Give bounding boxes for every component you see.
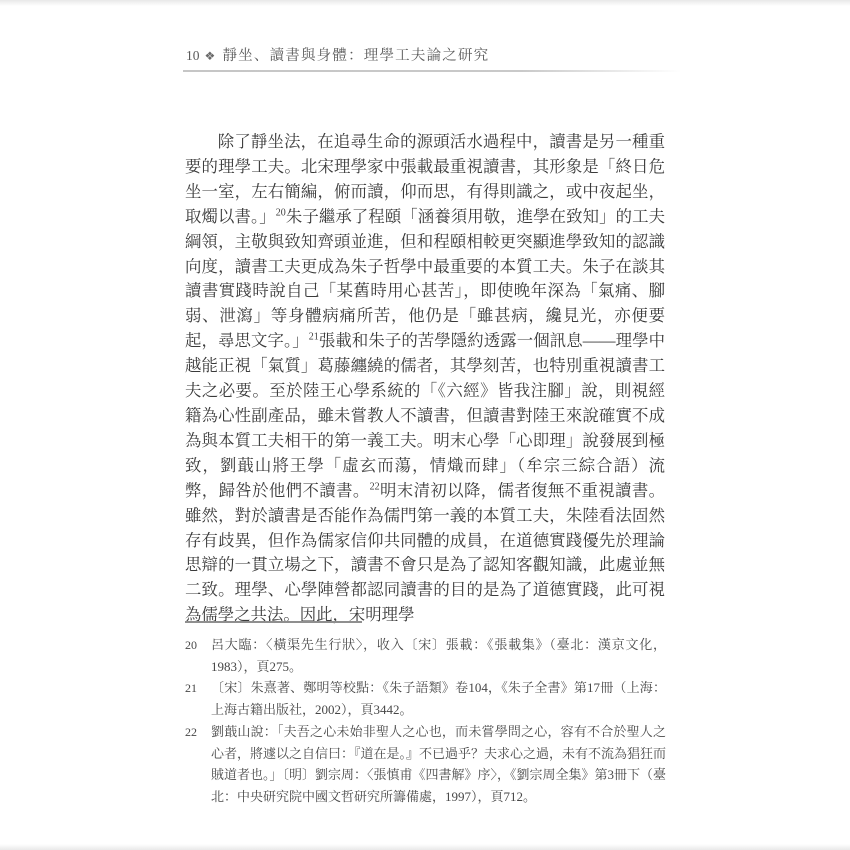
scan-edge-top <box>0 0 850 6</box>
footnote-ref: 21 <box>309 332 319 343</box>
footnotes: 20呂大臨：〈橫渠先生行狀〉，收入〔宋〕張載：《張載集》（臺北：漢京文化，198… <box>185 634 666 808</box>
footnote-separator <box>185 621 362 623</box>
footnote-ref: 20 <box>276 207 286 218</box>
footnote-text: 劉蕺山說：「夫吾之心未始非聖人之心也，而未嘗學問之心，容有不合於聖人之心者，將遽… <box>211 721 666 808</box>
header-divider <box>183 70 681 72</box>
footnote-item: 21〔宋〕朱熹著、鄭明等校點：《朱子語類》卷104，《朱子全書》第17冊（上海：… <box>185 677 666 720</box>
footnote-ref: 22 <box>370 481 380 492</box>
diamond-ornament-icon: ❖ <box>205 49 217 64</box>
footnote-item: 22劉蕺山說：「夫吾之心未始非聖人之心也，而未嘗學問之心，容有不合於聖人之心者，… <box>185 721 666 808</box>
footnote-number: 21 <box>185 677 211 720</box>
footnote-number: 22 <box>185 721 211 808</box>
footnote-item: 20呂大臨：〈橫渠先生行狀〉，收入〔宋〕張載：《張載集》（臺北：漢京文化，198… <box>185 634 666 677</box>
footnote-number: 20 <box>185 634 211 677</box>
page-number: 10 <box>186 48 200 64</box>
footnote-text: 呂大臨：〈橫渠先生行狀〉，收入〔宋〕張載：《張載集》（臺北：漢京文化，1983）… <box>211 634 666 677</box>
body-paragraph: 除了靜坐法，在追尋生命的源頭活水過程中，讀書是另一種重要的理學工夫。北宋理學家中… <box>185 130 665 628</box>
scan-edge-bottom <box>0 844 850 850</box>
body-text-block: 除了靜坐法，在追尋生命的源頭活水過程中，讀書是另一種重要的理學工夫。北宋理學家中… <box>185 130 665 628</box>
book-page: 10 ❖ 靜坐、讀書與身體：理學工夫論之研究 除了靜坐法，在追尋生命的源頭活水過… <box>0 0 850 850</box>
footnote-text: 〔宋〕朱熹著、鄭明等校點：《朱子語類》卷104，《朱子全書》第17冊（上海：上海… <box>211 677 666 720</box>
running-header: 10 ❖ 靜坐、讀書與身體：理學工夫論之研究 <box>186 44 666 65</box>
running-header-title: 靜坐、讀書與身體：理學工夫論之研究 <box>222 44 489 65</box>
